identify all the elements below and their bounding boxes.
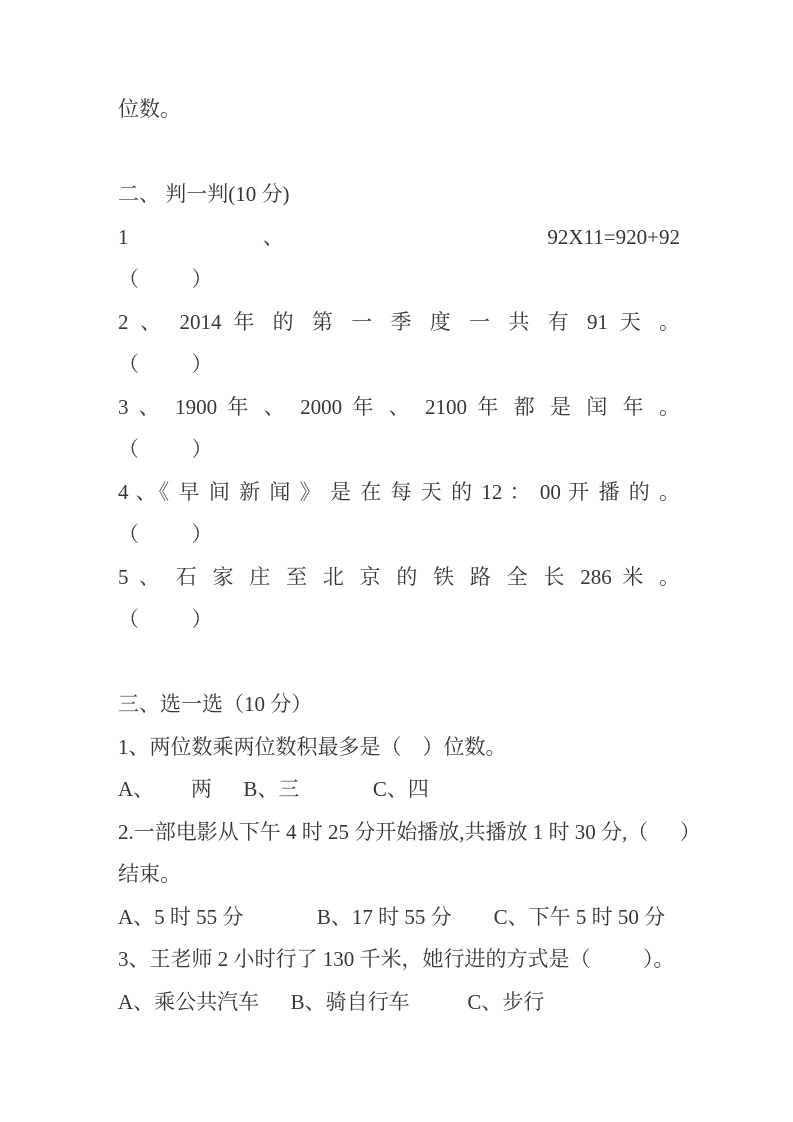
- judge-question-3: 3 、 1900 年 、 2000 年 、 2100 年 都 是 闰 年 。: [118, 386, 680, 429]
- choice-question-2: 2.一部电影从下午 4 时 25 分开始播放,共播放 1 时 30 分,（ ）: [118, 811, 680, 854]
- judge-answer-blank-2: （ ）: [118, 343, 680, 386]
- judge-question-4: 4 、《 早 间 新 闻 》 是 在 每 天 的 12 ： 00 开 播 的 。: [118, 471, 680, 514]
- document-page: 位数。 二、 判一判(10 分) 1 、 92X11=920+92 （ ） 2 …: [0, 0, 793, 1122]
- choice-question-3: 3、王老师 2 小时行了 130 千米，她行进的方式是（ ）。: [118, 938, 680, 981]
- choice-options-2: A、5 时 55 分 B、17 时 55 分 C、下午 5 时 50 分: [118, 896, 680, 939]
- judge-answer-blank-1: （ ）: [118, 258, 680, 301]
- judge-answer-blank-4: （ ）: [118, 513, 680, 556]
- judge-answer-blank-5: （ ）: [118, 598, 680, 641]
- section-choice-heading: 三、选一选（10 分）: [118, 683, 680, 726]
- judge-question-5: 5 、 石 家 庄 至 北 京 的 铁 路 全 长 286 米 。: [118, 556, 680, 599]
- spacer-line: [118, 131, 680, 174]
- section-judge-heading: 二、 判一判(10 分): [118, 173, 680, 216]
- choice-question-1: 1、两位数乘两位数积最多是（ ）位数。: [118, 726, 680, 769]
- judge-question-2: 2 、 2014 年 的 第 一 季 度 一 共 有 91 天 。: [118, 301, 680, 344]
- choice-options-3: A、乘公共汽车 B、骑自行车 C、步行: [118, 981, 680, 1024]
- choice-options-1: A、 两 B、三 C、四: [118, 768, 680, 811]
- judge-question-1: 1 、 92X11=920+92: [118, 216, 680, 259]
- judge-answer-blank-3: （ ）: [118, 428, 680, 471]
- document-content: 位数。 二、 判一判(10 分) 1 、 92X11=920+92 （ ） 2 …: [118, 88, 680, 1023]
- choice-question-2-continuation: 结束。: [118, 853, 680, 896]
- spacer-line: [118, 641, 680, 684]
- intro-fragment-text: 位数。: [118, 88, 680, 131]
